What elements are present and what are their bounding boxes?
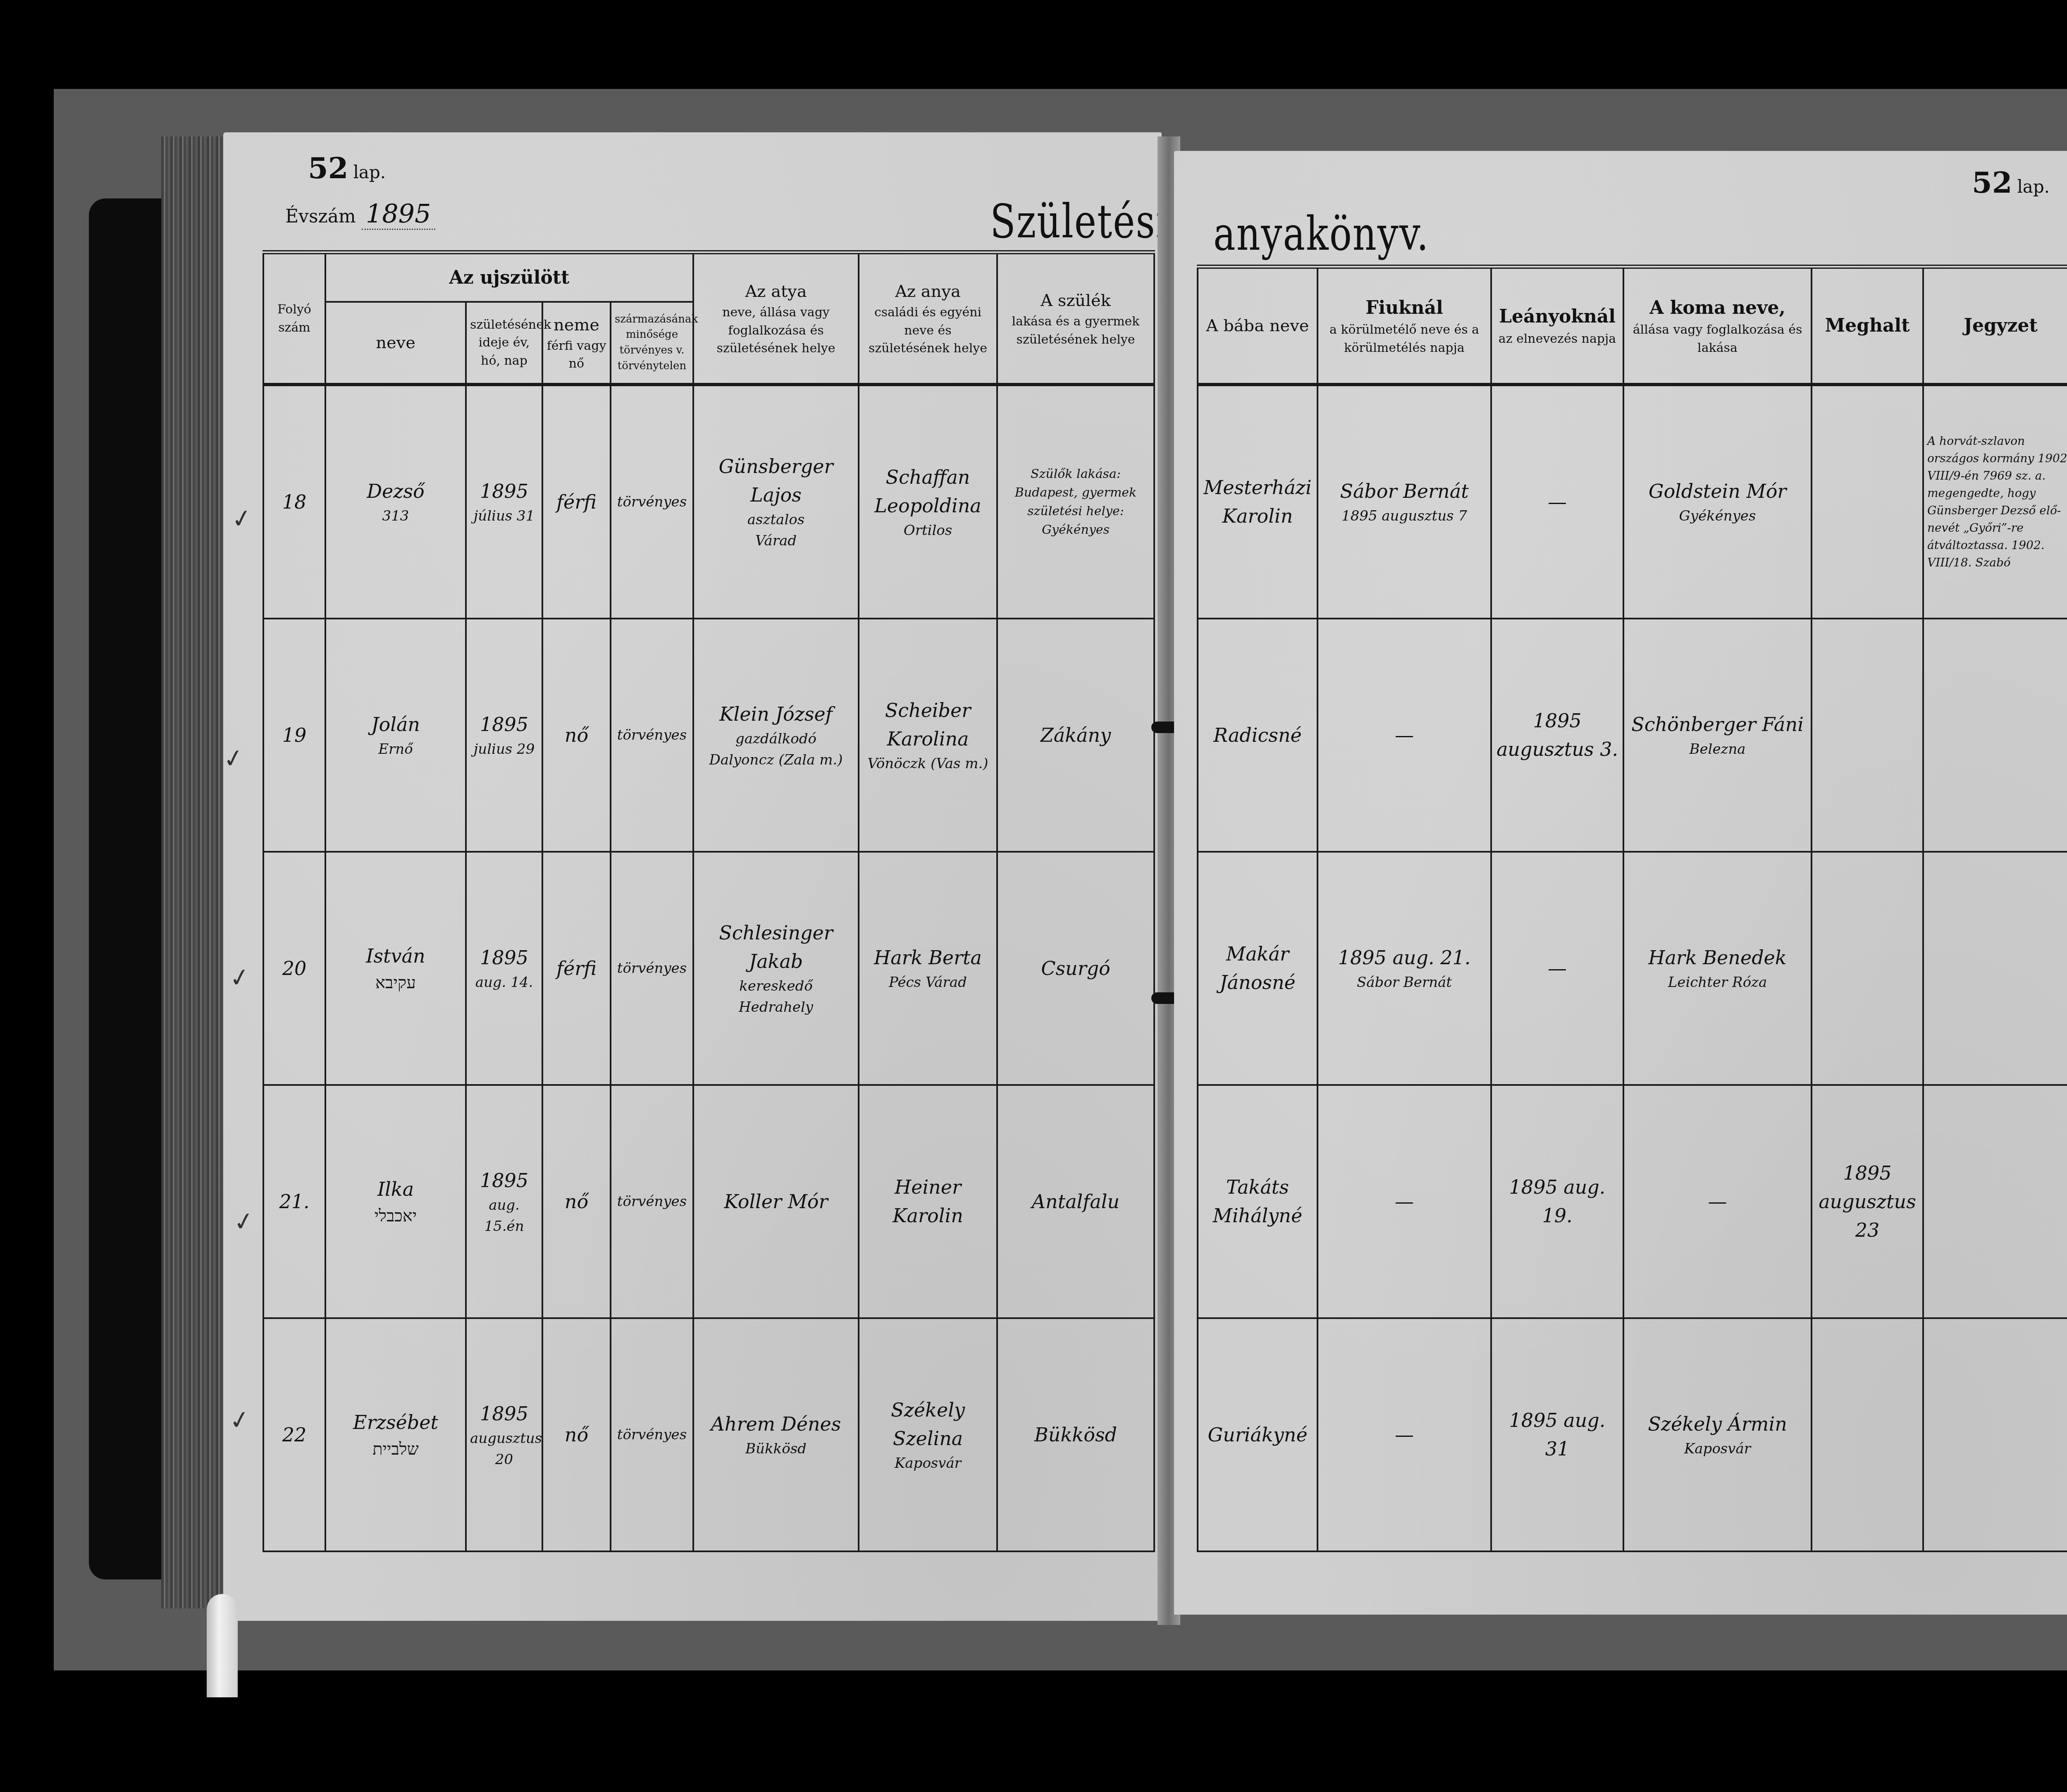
mother-name: Scheiber Karolina bbox=[885, 699, 971, 750]
circ-title: Fiuknál bbox=[1322, 295, 1487, 321]
page-label: lap. bbox=[2017, 177, 2050, 197]
record-no: 20 bbox=[263, 852, 325, 1085]
birth-day: július 31 bbox=[470, 506, 538, 527]
parents-residence: Antalfalu bbox=[997, 1085, 1154, 1318]
godparent-name: Hark Benedek bbox=[1648, 946, 1786, 969]
godparent-title: A koma neve, bbox=[1628, 295, 1807, 321]
page-stack bbox=[161, 136, 227, 1608]
page-number-value: 52 bbox=[1972, 165, 2012, 200]
father-occupation: gazdálkodó bbox=[697, 729, 854, 750]
died bbox=[1812, 619, 1923, 852]
header-died: Meghalt bbox=[1812, 267, 1923, 385]
record-row-22-right: Guriákyné — 1895 aug. 31 Székely ÁrminKa… bbox=[1198, 1318, 2067, 1551]
died-label: Meghalt bbox=[1816, 313, 1919, 339]
father-occupation: kereskedő bbox=[697, 976, 854, 997]
note bbox=[1923, 1318, 2067, 1551]
parents-sub: lakása és a gyermek születésének helye bbox=[1012, 314, 1139, 347]
father: Koller Mór bbox=[693, 1085, 859, 1318]
register-title-right: anyakönyv. bbox=[1213, 207, 1429, 261]
sex: férfi bbox=[542, 852, 611, 1085]
record-no: 18 bbox=[263, 385, 325, 619]
birth-date: 1895aug. 15.én bbox=[466, 1085, 542, 1318]
godparent-name: Schönberger Fáni bbox=[1631, 713, 1804, 736]
naming-date: 1895 aug. 19. bbox=[1491, 1085, 1623, 1318]
hebrew-name: שלביית bbox=[329, 1437, 462, 1462]
newborn-name: Erzsébetשלביית bbox=[325, 1318, 466, 1551]
died bbox=[1812, 385, 1923, 619]
midwife: Mesterházi Karolin bbox=[1198, 385, 1318, 619]
birth-year: 1895 bbox=[480, 946, 528, 969]
header-parents: A szüléklakása és a gyermek születésének… bbox=[997, 252, 1154, 385]
circumcision: — bbox=[1318, 1318, 1491, 1551]
midwife: Radicsné bbox=[1198, 619, 1318, 852]
circumciser-name: — bbox=[1395, 1190, 1414, 1213]
record-row-21: 21. Ilkaיאכבלי 1895aug. 15.én nő törvény… bbox=[263, 1085, 1154, 1318]
header-naming: Leányoknálaz elnevezés napja bbox=[1491, 267, 1623, 385]
record-row-19-right: Radicsné — 1895 augusztus 3. Schönberger… bbox=[1198, 619, 2067, 852]
header-father: Az atyaneve, állása vagy foglalkozása és… bbox=[693, 252, 859, 385]
circ-sub: a körülmetélő neve és a körülmetélés nap… bbox=[1329, 323, 1479, 355]
register-title-left: Születési bbox=[990, 194, 1168, 248]
birth-day: aug. 14. bbox=[470, 972, 538, 993]
birth-year: 1895 bbox=[480, 480, 528, 502]
header-folyo-szam: Folyó szám bbox=[263, 252, 325, 385]
naming-date: — bbox=[1491, 385, 1623, 619]
mother: Heiner Karolin bbox=[859, 1085, 997, 1318]
naming-sub: az elnevezés napja bbox=[1499, 332, 1616, 346]
father-name: Klein József bbox=[719, 703, 832, 725]
midwife: Guriákyné bbox=[1198, 1318, 1318, 1551]
page-number-value: 52 bbox=[308, 151, 348, 185]
newborn-name: JolánErnő bbox=[325, 619, 466, 852]
godparent: Székely ÁrminKaposvár bbox=[1623, 1318, 1812, 1551]
parents-residence: Zákány bbox=[997, 619, 1154, 852]
newborn-name-value: Dezső bbox=[367, 480, 425, 502]
father-name: Günsberger Lajos bbox=[719, 455, 833, 506]
legitimacy: törvényes bbox=[611, 1318, 693, 1551]
header-midwife: A bába neve bbox=[1198, 267, 1318, 385]
header-birth-date: születésének ideje év, hó, nap bbox=[466, 302, 542, 385]
hebrew-name: עקיבא bbox=[329, 970, 462, 995]
right-page-number: 52lap. bbox=[1972, 165, 2050, 200]
record-no: 21. bbox=[263, 1085, 325, 1318]
godparent: Schönberger FániBelezna bbox=[1623, 619, 1812, 852]
record-row-19: 19 JolánErnő 1895julius 29 nő törvényes … bbox=[263, 619, 1154, 852]
father-birthplace: Bükkösd bbox=[697, 1438, 854, 1460]
newborn-group-label: Az ujszülött bbox=[329, 265, 689, 291]
godparent-residence: Gyékényes bbox=[1628, 506, 1807, 527]
godparent-name: Székely Ármin bbox=[1648, 1413, 1787, 1435]
godparent-sub: állása vagy foglalkozása és lakása bbox=[1633, 323, 1802, 355]
record-row-22: 22 Erzsébetשלביית 1895augusztus 20 nő tö… bbox=[263, 1318, 1154, 1551]
father-name: Schlesinger Jakab bbox=[719, 922, 833, 972]
page-label: lap. bbox=[353, 162, 386, 182]
naming-date: 1895 aug. 31 bbox=[1491, 1318, 1623, 1551]
father-birthplace: Hedrahely bbox=[697, 997, 854, 1018]
sex: férfi bbox=[542, 385, 611, 619]
record-row-20: 20 Istvánעקיבא 1895aug. 14. férfi törvén… bbox=[263, 852, 1154, 1085]
right-register-table: A bába neve Fiuknála körülmetélő neve és… bbox=[1197, 265, 2067, 1552]
header-sex: nemeférfi vagy nő bbox=[542, 302, 611, 385]
died: 1895 augusztus 23 bbox=[1812, 1085, 1923, 1318]
sex-title: neme bbox=[547, 313, 606, 337]
circumciser-name: Sábor Bernát bbox=[1322, 972, 1487, 993]
father-birthplace: Dalyoncz (Zala m.) bbox=[697, 750, 854, 771]
midwife: Takáts Mihályné bbox=[1198, 1085, 1318, 1318]
parents-residence: Bükkösd bbox=[997, 1318, 1154, 1551]
note: A horvát-szlavon országos kormány 1902. … bbox=[1923, 385, 2067, 619]
record-no: 19 bbox=[263, 619, 325, 852]
father: Günsberger LajosasztalosVárad bbox=[693, 385, 859, 619]
mother-birthplace: Ortilos bbox=[863, 520, 993, 541]
header-newborn-name: neve bbox=[325, 302, 466, 385]
naming-date: — bbox=[1491, 852, 1623, 1085]
circumcision: — bbox=[1318, 1085, 1491, 1318]
year-label: Évszám bbox=[285, 206, 356, 227]
birth-year: 1895 bbox=[480, 1403, 528, 1425]
mother: Schaffan LeopoldinaOrtilos bbox=[859, 385, 997, 619]
newborn-name-extra: Ernő bbox=[329, 739, 462, 760]
naming-date: 1895 augusztus 3. bbox=[1491, 619, 1623, 852]
godparent-name: — bbox=[1708, 1190, 1727, 1213]
legitimacy: törvényes bbox=[611, 852, 693, 1085]
father-birthplace: Várad bbox=[697, 530, 854, 552]
father-occupation: asztalos bbox=[697, 509, 854, 530]
father-name: Ahrem Dénes bbox=[711, 1413, 841, 1435]
record-no: 22 bbox=[263, 1318, 325, 1551]
parents-title: A szülék bbox=[1001, 289, 1150, 313]
parents-residence: Szülők lakása: Budapest, gyermek születé… bbox=[997, 385, 1154, 619]
birth-date: 1895augusztus 20 bbox=[466, 1318, 542, 1551]
godparent-name: Goldstein Mór bbox=[1649, 480, 1787, 502]
left-register-table: Folyó szám Az ujszülött Az atyaneve, áll… bbox=[263, 250, 1155, 1552]
record-row-18-right: Mesterházi Karolin Sábor Bernát1895 augu… bbox=[1198, 385, 2067, 619]
godparent-residence: Belezna bbox=[1628, 739, 1807, 760]
newborn-name-value: Jolán bbox=[371, 713, 420, 736]
godparent: Hark BenedekLeichter Róza bbox=[1623, 852, 1812, 1085]
sex: nő bbox=[542, 1085, 611, 1318]
father-name: Koller Mór bbox=[724, 1190, 828, 1213]
note bbox=[1923, 1085, 2067, 1318]
newborn-name-label: neve bbox=[329, 331, 462, 355]
father-title: Az atya bbox=[697, 280, 854, 303]
year-field: Évszám 1895 bbox=[285, 198, 435, 229]
newborn-name-extra: 313 bbox=[329, 506, 462, 527]
birth-year: 1895 bbox=[480, 1169, 528, 1192]
sex: nő bbox=[542, 1318, 611, 1551]
midwife: Makár Jánosné bbox=[1198, 852, 1318, 1085]
bookmark-tab bbox=[207, 1594, 238, 1697]
birth-year: 1895 bbox=[480, 713, 528, 736]
birth-day: julius 29 bbox=[470, 739, 538, 760]
record-row-21-right: Takáts Mihályné — 1895 aug. 19. — 1895 a… bbox=[1198, 1085, 2067, 1318]
circumciser-name: — bbox=[1395, 1424, 1414, 1446]
newborn-name-value: Ilka bbox=[377, 1178, 414, 1200]
birth-date: 1895aug. 14. bbox=[466, 852, 542, 1085]
header-notes: Jegyzet bbox=[1923, 267, 2067, 385]
hebrew-name: יאכבלי bbox=[329, 1204, 462, 1228]
mother-birthplace: Vönöczk (Vas m.) bbox=[863, 753, 993, 774]
legitimacy: törvényes bbox=[611, 1085, 693, 1318]
mother-name: Székely Szelina bbox=[891, 1399, 965, 1450]
godparent-residence: Leichter Róza bbox=[1628, 972, 1807, 993]
sex-sub: férfi vagy nő bbox=[547, 339, 606, 371]
mother-birthplace: Kaposvár bbox=[863, 1453, 993, 1474]
note bbox=[1923, 852, 2067, 1085]
circumcision-date: 1895 aug. 21. bbox=[1338, 946, 1471, 969]
circumciser-name: — bbox=[1395, 724, 1414, 746]
note bbox=[1923, 619, 2067, 852]
header-mother: Az anyacsaládi és egyéni neve és születé… bbox=[859, 252, 997, 385]
circumcision-date: 1895 augusztus 7 bbox=[1322, 506, 1487, 527]
circumcision: — bbox=[1318, 619, 1491, 852]
record-row-20-right: Makár Jánosné 1895 aug. 21.Sábor Bernát … bbox=[1198, 852, 2067, 1085]
mother: Scheiber KarolinaVönöczk (Vas m.) bbox=[859, 619, 997, 852]
died bbox=[1812, 852, 1923, 1085]
godparent: — bbox=[1623, 1085, 1812, 1318]
header-legitimacy: származásának minősége törvényes v. törv… bbox=[611, 302, 693, 385]
midwife-label: A bába neve bbox=[1202, 314, 1313, 338]
year-value: 1895 bbox=[362, 198, 435, 230]
mother-name: Schaffan Leopoldina bbox=[874, 466, 981, 517]
header-godparent: A koma neve,állása vagy foglalkozása és … bbox=[1623, 267, 1812, 385]
newborn-name: Dezső313 bbox=[325, 385, 466, 619]
header-newborn-group: Az ujszülött bbox=[325, 252, 693, 302]
circumcision: 1895 aug. 21.Sábor Bernát bbox=[1318, 852, 1491, 1085]
newborn-name-value: István bbox=[366, 945, 425, 967]
record-row-18: 18 Dezső313 1895július 31 férfi törvénye… bbox=[263, 385, 1154, 619]
birth-day: aug. 15.én bbox=[470, 1195, 538, 1237]
circumcision: Sábor Bernát1895 augusztus 7 bbox=[1318, 385, 1491, 619]
birth-date: 1895julius 29 bbox=[466, 619, 542, 852]
birth-date: 1895július 31 bbox=[466, 385, 542, 619]
father: Schlesinger JakabkereskedőHedrahely bbox=[693, 852, 859, 1085]
mother: Hark BertaPécs Várad bbox=[859, 852, 997, 1085]
father-sub: neve, állása vagy foglalkozása és szület… bbox=[717, 305, 835, 356]
newborn-name-value: Erzsébet bbox=[353, 1411, 438, 1434]
legitimacy: törvényes bbox=[611, 619, 693, 852]
godparent: Goldstein MórGyékényes bbox=[1623, 385, 1812, 619]
mother-sub: családi és egyéni neve és születésének h… bbox=[869, 305, 987, 356]
sex: nő bbox=[542, 619, 611, 852]
died bbox=[1812, 1318, 1923, 1551]
left-page-number: 52lap. bbox=[308, 151, 386, 185]
circumciser-name: Sábor Bernát bbox=[1340, 480, 1468, 502]
father: Klein JózsefgazdálkodóDalyoncz (Zala m.) bbox=[693, 619, 859, 852]
parents-residence: Csurgó bbox=[997, 852, 1154, 1085]
header-circumcision: Fiuknála körülmetélő neve és a körülmeté… bbox=[1318, 267, 1491, 385]
godparent-residence: Kaposvár bbox=[1628, 1438, 1807, 1460]
naming-title: Leányoknál bbox=[1495, 303, 1619, 330]
father: Ahrem DénesBükkösd bbox=[693, 1318, 859, 1551]
mother-birthplace: Pécs Várad bbox=[863, 972, 993, 993]
mother: Székely SzelinaKaposvár bbox=[859, 1318, 997, 1551]
mother-title: Az anya bbox=[863, 280, 993, 303]
newborn-name: Istvánעקיבא bbox=[325, 852, 466, 1085]
mother-name: Hark Berta bbox=[874, 946, 982, 969]
mother-name: Heiner Karolin bbox=[893, 1176, 963, 1227]
birth-day: augusztus 20 bbox=[470, 1428, 538, 1470]
newborn-name: Ilkaיאכבלי bbox=[325, 1085, 466, 1318]
notes-label: Jegyzet bbox=[1927, 313, 2067, 339]
legitimacy: törvényes bbox=[611, 385, 693, 619]
